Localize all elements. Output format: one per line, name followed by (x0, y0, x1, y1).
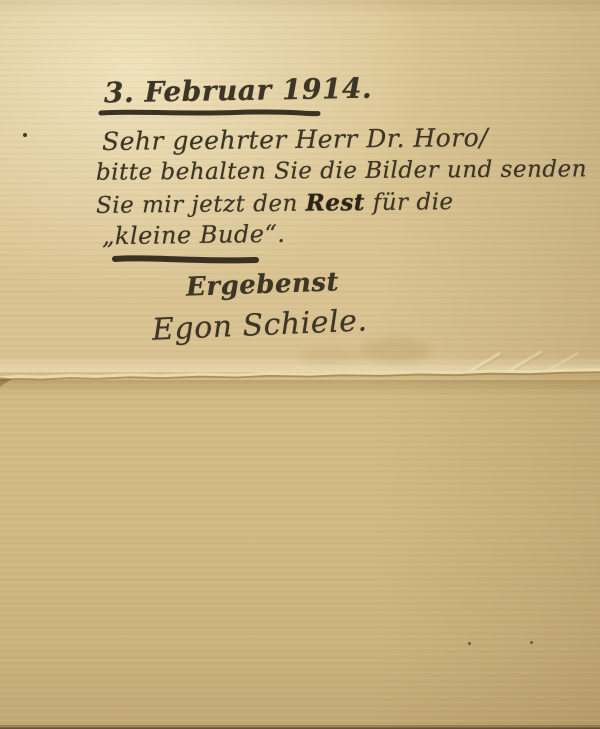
ink-speck (530, 641, 533, 644)
letter-closing: Ergebenst (186, 267, 340, 302)
letter-signature: Egon Schiele. (151, 303, 368, 347)
fold-crease-shadow (0, 372, 600, 380)
handwritten-letter-photo: 3. Februar 1914. Sehr geehrter Herr Dr. … (0, 0, 600, 729)
date-underline-stroke (101, 112, 318, 114)
ink-speck (468, 642, 471, 645)
letter-body-line-2: Sie mir jetzt den Rest für die (96, 188, 454, 219)
letter-date: 3. Februar 1914. (104, 72, 373, 110)
letter-body-line-2-pre: Sie mir jetzt den (96, 191, 306, 219)
letter-body-line-1: bitte behalten Sie die Bilder und senden (96, 156, 587, 185)
paper-stain (360, 338, 430, 364)
fold-crease-highlight (0, 370, 600, 378)
letter-body-line-3: „kleine Bude“. (102, 220, 286, 251)
letter-salutation: Sehr geehrter Herr Dr. Horo/ (102, 123, 488, 156)
letter-body-line-2-emphasis: Rest (305, 189, 365, 217)
letter-body-line-2-post: für die (365, 189, 454, 216)
paper-stain (300, 348, 360, 364)
fold-left-notch (0, 377, 12, 387)
quote-underline-stroke (115, 258, 256, 260)
ink-underlines-and-fold-overlay (0, 0, 600, 729)
ink-speck (23, 133, 27, 137)
